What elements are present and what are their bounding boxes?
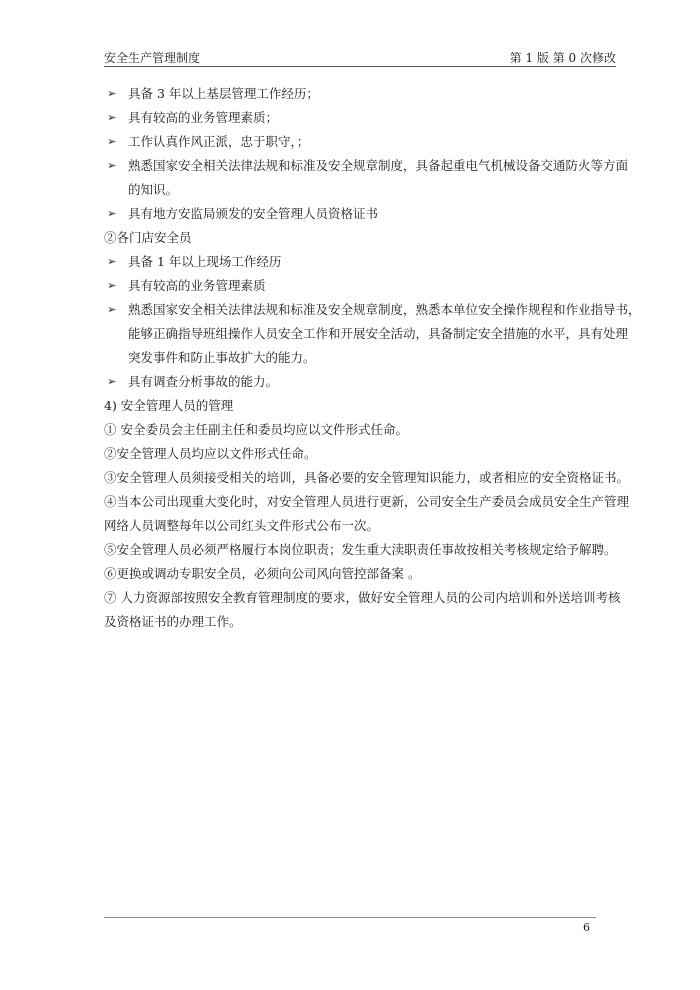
paragraph-line: ④当本公司出现重大变化时，对安全管理人员进行更新，公司安全生产委员会成员安全生产… [104, 492, 616, 516]
paragraph-line: ②各门店安全员 [104, 228, 616, 252]
arrow-bullet-icon: ➢ [107, 132, 116, 152]
version-info: 第 1 版 第 0 次修改 [510, 49, 616, 66]
paragraph-line: ⑤安全管理人员必须严格履行本岗位职责；发生重大渎职责任事故按相关考核规定给予解聘… [104, 540, 616, 564]
bullet-item: ➢具有较高的业务管理素质； [104, 108, 616, 132]
page-header: 安全生产管理制度 第 1 版 第 0 次修改 [104, 46, 616, 67]
arrow-bullet-icon: ➢ [107, 156, 116, 176]
continuation-line: 突发事件和防止事故扩大的能力。 [104, 348, 616, 372]
paragraph-line: 网络人员调整每年以公司红头文件形式公布一次。 [104, 516, 616, 540]
bullet-item: ➢具备 3 年以上基层管理工作经历； [104, 84, 616, 108]
bullet-item: ➢具有地方安监局颁发的安全管理人员资格证书 [104, 204, 616, 228]
bullet-text: 熟悉国家安全相关法律法规和标准及安全规章制度，熟悉本单位安全操作规程和作业指导书… [128, 300, 641, 320]
bullet-text: 工作认真作风正派，忠于职守，； [128, 132, 309, 152]
continuation-line: 的知识。 [104, 180, 616, 204]
bullet-text: 具有调查分析事故的能力。 [128, 372, 278, 392]
bullet-text: 具有地方安监局颁发的安全管理人员资格证书 [128, 204, 378, 224]
document-body: ➢具备 3 年以上基层管理工作经历；➢具有较高的业务管理素质；➢工作认真作风正派… [104, 84, 616, 636]
bullet-text: 熟悉国家安全相关法律法规和标准及安全规章制度，具备起重电气机械设备交通防火等方面 [128, 156, 628, 176]
bullet-text: 具有较高的业务管理素质 [128, 276, 266, 296]
paragraph-line: 及资格证书的办理工作。 [104, 612, 616, 636]
arrow-bullet-icon: ➢ [107, 300, 116, 320]
continuation-line: 能够正确指导班组操作人员安全工作和开展安全活动，具备制定安全措施的水平，具有处理 [104, 324, 616, 348]
footer-rule [104, 917, 596, 918]
arrow-bullet-icon: ➢ [107, 204, 116, 224]
paragraph-line: ③安全管理人员须接受相关的培训，具备必要的安全管理知识能力，或者相应的安全资格证… [104, 468, 616, 492]
bullet-text: 具备 3 年以上基层管理工作经历； [128, 84, 319, 104]
arrow-bullet-icon: ➢ [107, 372, 116, 392]
bullet-item: ➢具备 1 年以上现场工作经历 [104, 252, 616, 276]
paragraph-line: ②安全管理人员均应以文件形式任命。 [104, 444, 616, 468]
arrow-bullet-icon: ➢ [107, 108, 116, 128]
paragraph-line: ⑦ 人力资源部按照安全教育管理制度的要求，做好安全管理人员的公司内培训和外送培训… [104, 588, 616, 612]
paragraph-line: 4) 安全管理人员的管理 [104, 396, 616, 420]
paragraph-line: ① 安全委员会主任副主任和委员均应以文件形式任命。 [104, 420, 616, 444]
bullet-item: ➢具有调查分析事故的能力。 [104, 372, 616, 396]
paragraph-line: ⑥更换或调动专职安全员，必须向公司风向管控部备案 。 [104, 564, 616, 588]
bullet-text: 具有较高的业务管理素质； [128, 108, 278, 128]
arrow-bullet-icon: ➢ [107, 84, 116, 104]
bullet-item: ➢熟悉国家安全相关法律法规和标准及安全规章制度，熟悉本单位安全操作规程和作业指导… [104, 300, 616, 324]
arrow-bullet-icon: ➢ [107, 276, 116, 296]
bullet-item: ➢具有较高的业务管理素质 [104, 276, 616, 300]
page-number: 6 [583, 921, 590, 934]
document-title: 安全生产管理制度 [104, 49, 200, 66]
bullet-item: ➢熟悉国家安全相关法律法规和标准及安全规章制度，具备起重电气机械设备交通防火等方… [104, 156, 616, 180]
bullet-item: ➢工作认真作风正派，忠于职守，； [104, 132, 616, 156]
arrow-bullet-icon: ➢ [107, 252, 116, 272]
bullet-text: 具备 1 年以上现场工作经历 [128, 252, 281, 272]
